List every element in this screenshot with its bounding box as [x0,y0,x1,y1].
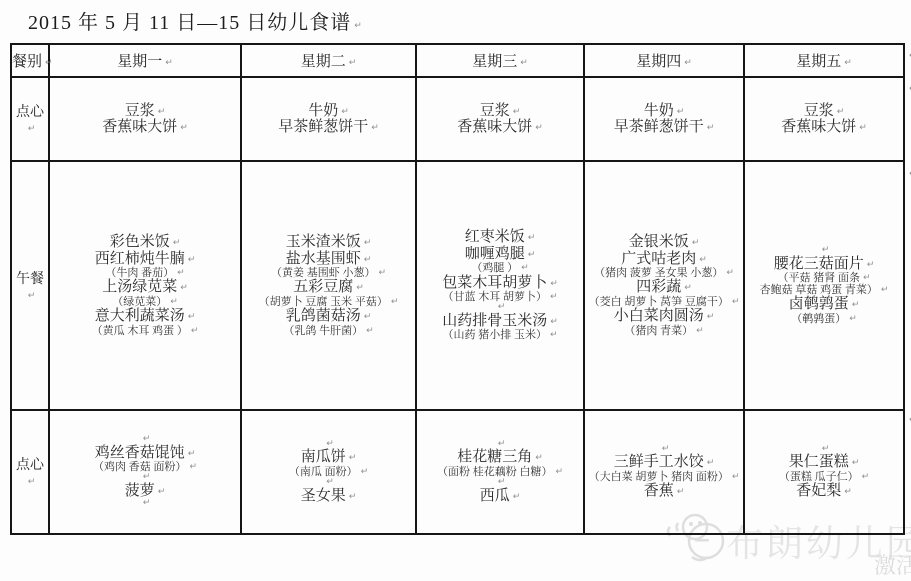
menu-line: 红枣米饭↵ [465,229,536,246]
menu-line: （黄姜 基围虾 小葱）↵ [271,267,386,279]
paragraph-mark-icon: ↵ [550,317,558,327]
menu-cell-snack-morning-day2: 牛奶↵早茶鲜葱饼干↵ [241,77,416,161]
menu-line: 早茶鲜葱饼干↵ [278,119,379,136]
menu-line: （猪肉 青菜）↵ [624,325,703,337]
menu-line: 豆浆↵ [125,103,166,120]
table-row-lunch: 午餐↵彩色米饭↵西红柿炖牛腩↵（牛肉 番茄）↵上汤绿苋菜↵（绿苋菜）↵意大利蔬菜… [11,161,904,410]
menu-line: 包菜木耳胡萝卜↵ [442,275,558,292]
paragraph-mark-icon: ↵ [696,326,704,336]
menu-line: （蛋糕 瓜子仁）↵ [779,471,869,483]
paragraph-mark-icon: ↵ [520,58,528,68]
blank-line: ↵ [323,440,334,450]
paragraph-mark-icon: ↵ [677,107,685,117]
menu-line: 乳鸽菌菇汤↵ [286,308,372,325]
paragraph-mark-icon: ↵ [521,263,529,273]
menu-line: 山药排骨玉米汤↵ [442,313,558,330]
menu-line: 牛奶↵ [308,103,349,120]
paragraph-mark-icon: ↵ [364,312,372,322]
menu-cell-snack-morning-day3: 豆浆↵香蕉味大饼↵ [416,77,584,161]
row-end-mark-icon: ↵ [906,79,911,97]
paragraph-mark-icon: ↵ [822,444,830,454]
paragraph-mark-icon: ↵ [732,472,740,482]
menu-line: 果仁蛋糕↵ [789,454,860,471]
table-row-snack-afternoon: 点心↵↵鸡丝香菇馄饨↵（鸡肉 香菇 面粉）↵↵菠萝↵↵↵南瓜饼↵（南瓜 面粉）↵… [11,410,904,534]
paragraph-mark-icon: ↵ [707,312,715,322]
blank-line: ↵ [659,445,670,455]
menu-line: 广式咕老肉↵ [621,251,707,268]
document-page: { "title": "2015 年 5 月 11 日—15 日幼儿食谱", "… [0,0,911,581]
paragraph-mark-icon: ↵ [356,283,364,293]
paragraph-mark-icon: ↵ [881,285,889,295]
menu-table: 餐别↵星期一↵星期二↵星期三↵星期四↵星期五↵点心↵豆浆↵香蕉味大饼↵牛奶↵早茶… [10,43,905,535]
menu-line: （山药 猪小排 玉米）↵ [442,329,557,341]
page-title-text: 2015 年 5 月 11 日—15 日幼儿食谱 [28,12,351,34]
menu-line: 香蕉味大饼↵ [102,119,188,136]
blank-line: ↵ [140,473,151,483]
menu-line: （乳鸽 牛肝菌）↵ [283,325,373,337]
paragraph-mark-icon: ↵ [844,58,852,68]
paragraph-mark-icon: ↵ [498,439,506,449]
menu-line: 西瓜↵ [480,488,521,505]
menu-cell-lunch-day3: 红枣米饭↵咖喱鸡腿↵（鸡腿 ）↵包菜木耳胡萝卜↵（甘蓝 木耳 胡萝卜）↵↵山药排… [416,161,584,410]
paragraph-mark-icon: ↵ [143,472,151,482]
menu-line: （鹌鹑蛋）↵ [791,313,857,325]
paragraph-mark-icon: ↵ [165,58,173,68]
menu-line: 豆浆↵ [480,103,521,120]
menu-line: 豆浆↵ [804,103,845,120]
paragraph-mark-icon: ↵ [863,273,871,283]
blank-line: ↵ [323,478,334,488]
paragraph-mark-icon: ↵ [28,291,36,301]
row-end-mark-icon: ↵ [906,46,911,64]
menu-line: 香妃梨↵ [796,483,852,500]
paragraph-mark-icon: ↵ [837,107,845,117]
menu-line: 五彩豆腐↵ [293,279,364,296]
row-label-snack-afternoon: 点心↵ [11,410,49,534]
paragraph-mark-icon: ↵ [550,292,558,302]
paragraph-mark-icon: ↵ [188,255,196,265]
menu-cell-lunch-day4: 金银米饭↵广式咕老肉↵（猪肉 菠萝 圣女果 小葱）↵四彩蔬↵（茭白 胡萝卜 莴笋… [584,161,744,410]
header-day-3: 星期三↵ [416,44,584,77]
paragraph-mark-icon: ↵ [726,268,734,278]
paragraph-mark-icon: ↵ [349,492,357,502]
menu-line: 鸡丝香菇馄饨↵ [95,445,196,462]
paragraph-mark-icon: ↵ [326,439,334,449]
paragraph-mark-icon: ↵ [158,107,166,117]
paragraph-mark-icon: ↵ [191,326,199,336]
menu-line: 菠萝↵ [125,483,166,500]
blank-line: ↵ [819,445,830,455]
menu-line: （鸡腿 ）↵ [471,262,528,274]
row-label-lunch: 午餐↵ [11,161,49,410]
page-title: 2015 年 5 月 11 日—15 日幼儿食谱↵ [28,6,363,35]
blank-line: ↵ [140,499,151,509]
blank-line: ↵ [819,246,830,256]
paragraph-mark-icon: ↵ [354,21,363,31]
paragraph-mark-icon: ↵ [173,238,181,248]
paragraph-mark-icon: ↵ [28,477,36,487]
menu-table-body: 餐别↵星期一↵星期二↵星期三↵星期四↵星期五↵点心↵豆浆↵香蕉味大饼↵牛奶↵早茶… [11,44,904,534]
menu-cell-snack-afternoon-day5: ↵果仁蛋糕↵（蛋糕 瓜子仁）↵香妃梨↵ [744,410,904,534]
paragraph-mark-icon: ↵ [170,297,178,307]
paragraph-mark-icon: ↵ [677,487,685,497]
menu-line: （绿苋菜）↵ [112,296,178,308]
blank-line: ↵ [495,440,506,450]
menu-line: 桂花糖三角↵ [457,449,543,466]
menu-line: 牛奶↵ [644,103,685,120]
paragraph-mark-icon: ↵ [684,58,692,68]
menu-line: 咖喱鸡腿↵ [465,246,536,263]
menu-cell-snack-morning-day5: 豆浆↵香蕉味大饼↵ [744,77,904,161]
menu-line: （猪肉 菠萝 圣女果 小葱）↵ [594,267,734,279]
paragraph-mark-icon: ↵ [180,123,188,133]
paragraph-mark-icon: ↵ [528,233,536,243]
paragraph-mark-icon: ↵ [45,58,53,68]
paragraph-mark-icon: ↵ [180,283,188,293]
menu-line: （茭白 胡萝卜 莴笋 豆腐干）↵ [589,296,740,308]
menu-line: （牛肉 番茄）↵ [105,267,184,279]
menu-line: 意大利蔬菜汤↵ [95,308,196,325]
paragraph-mark-icon: ↵ [535,123,543,133]
table-row-snack-morning: 点心↵豆浆↵香蕉味大饼↵牛奶↵早茶鲜葱饼干↵豆浆↵香蕉味大饼↵牛奶↵早茶鲜葱饼干… [11,77,904,161]
menu-line: 玉米渣米饭↵ [286,234,372,251]
paragraph-mark-icon: ↵ [341,107,349,117]
header-day-1: 星期一↵ [49,44,241,77]
menu-cell-snack-morning-day1: 豆浆↵香蕉味大饼↵ [49,77,241,161]
menu-cell-lunch-day2: 玉米渣米饭↵盐水基围虾↵（黄姜 基围虾 小葱）↵五彩豆腐↵（胡萝卜 豆腐 玉米 … [241,161,416,410]
paragraph-mark-icon: ↵ [513,492,521,502]
menu-line: 彩色米饭↵ [110,234,181,251]
paragraph-mark-icon: ↵ [361,467,369,477]
menu-line: （黄瓜 木耳 鸡蛋 ）↵ [92,325,199,337]
paragraph-mark-icon: ↵ [498,302,506,312]
menu-line: 小白菜肉圆汤↵ [614,308,715,325]
paragraph-mark-icon: ↵ [862,472,870,482]
paragraph-mark-icon: ↵ [822,245,830,255]
menu-line: 香蕉味大饼↵ [781,119,867,136]
paragraph-mark-icon: ↵ [550,279,558,289]
paragraph-mark-icon: ↵ [692,238,700,248]
menu-line: 金银米饭↵ [629,234,700,251]
header-day-2: 星期二↵ [241,44,416,77]
paragraph-mark-icon: ↵ [684,283,692,293]
paragraph-mark-icon: ↵ [555,467,563,477]
menu-line: 香蕉↵ [644,483,685,500]
menu-line: 卤鹌鹑蛋↵ [789,296,860,313]
menu-cell-snack-morning-day4: 牛奶↵早茶鲜葱饼干↵ [584,77,744,161]
paragraph-mark-icon: ↵ [189,462,197,472]
menu-line: 杏鲍菇 草菇 鸡蛋 青菜）↵ [760,284,889,296]
paragraph-mark-icon: ↵ [366,326,374,336]
menu-cell-lunch-day5: ↵腰花三菇面片↵（平菇 猪肾 面条↵杏鲍菇 草菇 鸡蛋 青菜）↵卤鹌鹑蛋↵（鹌鹑… [744,161,904,410]
paragraph-mark-icon: ↵ [535,453,543,463]
blank-line: ↵ [495,478,506,488]
menu-line: （胡萝卜 豆腐 玉米 平菇）↵ [259,296,399,308]
menu-cell-lunch-day1: 彩色米饭↵西红柿炖牛腩↵（牛肉 番茄）↵上汤绿苋菜↵（绿苋菜）↵意大利蔬菜汤↵（… [49,161,241,410]
corner-watermark: 激活 [874,549,911,580]
paragraph-mark-icon: ↵ [550,330,558,340]
paragraph-mark-icon: ↵ [364,255,372,265]
header-day-5: 星期五↵ [744,44,904,77]
paragraph-mark-icon: ↵ [158,487,166,497]
paragraph-mark-icon: ↵ [699,255,707,265]
paragraph-mark-icon: ↵ [707,458,715,468]
paragraph-mark-icon: ↵ [391,297,399,307]
menu-line: 上汤绿苋菜↵ [102,279,188,296]
paragraph-mark-icon: ↵ [867,260,875,270]
paragraph-mark-icon: ↵ [849,314,857,324]
paragraph-mark-icon: ↵ [349,453,357,463]
paragraph-mark-icon: ↵ [498,477,506,487]
row-end-mark-icon: ↵ [906,410,911,428]
blank-line: ↵ [140,435,151,445]
paragraph-mark-icon: ↵ [188,312,196,322]
menu-cell-snack-afternoon-day3: ↵桂花糖三角↵（面粉 桂花藕粉 白糖）↵↵西瓜↵ [416,410,584,534]
menu-line: 南瓜饼↵ [301,449,357,466]
menu-cell-snack-afternoon-day2: ↵南瓜饼↵（南瓜 面粉）↵↵圣女果↵ [241,410,416,534]
menu-line: 西红柿炖牛腩↵ [95,251,196,268]
menu-line: 早茶鲜葱饼干↵ [614,119,715,136]
paragraph-mark-icon: ↵ [349,58,357,68]
paragraph-mark-icon: ↵ [371,123,379,133]
paragraph-mark-icon: ↵ [844,487,852,497]
paragraph-mark-icon: ↵ [143,434,151,444]
menu-line: （大白菜 胡萝卜 猪肉 面粉）↵ [589,471,740,483]
paragraph-mark-icon: ↵ [513,107,521,117]
paragraph-mark-icon: ↵ [177,268,185,278]
menu-line: （平菇 猪肾 面条↵ [777,272,870,284]
menu-line: 圣女果↵ [301,488,357,505]
menu-cell-snack-afternoon-day4: ↵三鲜手工水饺↵（大白菜 胡萝卜 猪肉 面粉）↵香蕉↵ [584,410,744,534]
header-day-4: 星期四↵ [584,44,744,77]
paragraph-mark-icon: ↵ [859,123,867,133]
paragraph-mark-icon: ↵ [662,444,670,454]
paragraph-mark-icon: ↵ [28,124,36,134]
row-end-mark-icon: ↵ [906,164,911,182]
paragraph-mark-icon: ↵ [143,498,151,508]
menu-line: 香蕉味大饼↵ [457,119,543,136]
paragraph-mark-icon: ↵ [732,297,740,307]
paragraph-mark-icon: ↵ [707,123,715,133]
paragraph-mark-icon: ↵ [852,458,860,468]
blank-line: ↵ [495,303,506,313]
paragraph-mark-icon: ↵ [326,477,334,487]
row-label-snack-morning: 点心↵ [11,77,49,161]
paragraph-mark-icon: ↵ [528,250,536,260]
menu-line: 盐水基围虾↵ [286,251,372,268]
paragraph-mark-icon: ↵ [364,238,372,248]
menu-line: 三鲜手工水饺↵ [614,454,715,471]
paragraph-mark-icon: ↵ [188,449,196,459]
menu-line: 四彩蔬↵ [636,279,692,296]
menu-cell-snack-afternoon-day1: ↵鸡丝香菇馄饨↵（鸡肉 香菇 面粉）↵↵菠萝↵↵ [49,410,241,534]
header-meal-type: 餐别↵ [11,44,49,77]
paragraph-mark-icon: ↵ [852,300,860,310]
paragraph-mark-icon: ↵ [378,268,386,278]
menu-line: 腰花三菇面片↵ [774,256,875,273]
